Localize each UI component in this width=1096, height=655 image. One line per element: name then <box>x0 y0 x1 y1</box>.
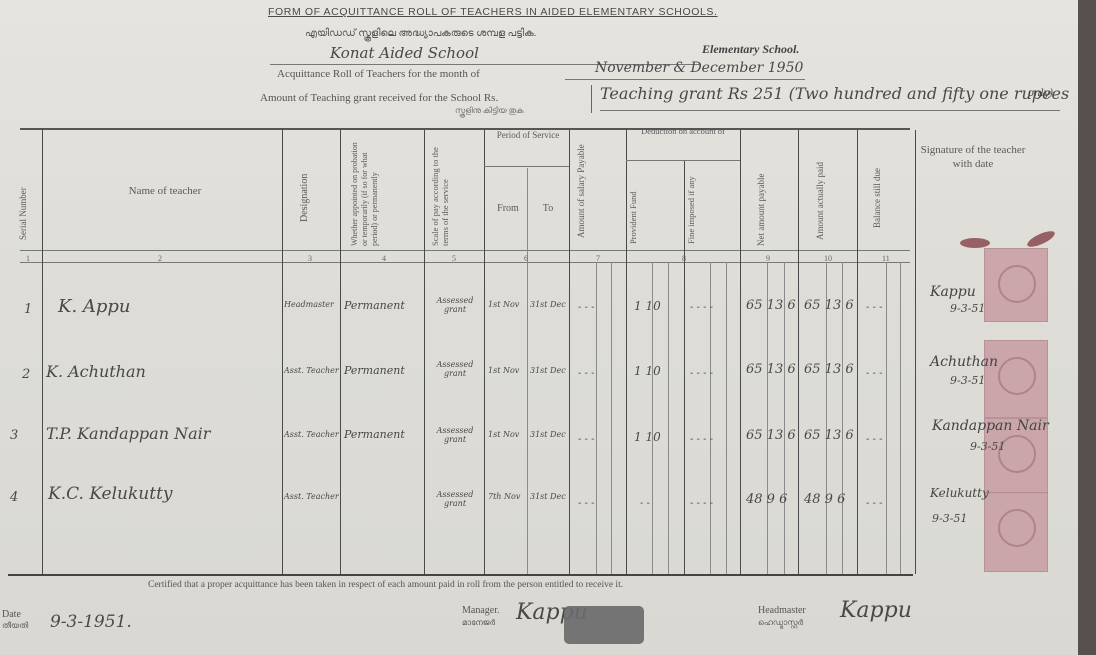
col-line <box>684 160 685 574</box>
row-scale: Assessed grant <box>428 490 482 508</box>
row-designation: Asst. Teacher <box>284 366 339 375</box>
row-sig-date: 9-3-51 <box>950 302 985 315</box>
colnum: 11 <box>882 254 890 263</box>
col-line <box>626 130 627 574</box>
form-title: FORM OF ACQUITTANCE ROLL OF TEACHERS IN … <box>268 6 718 18</box>
col-period-header: Period of Service <box>490 130 566 141</box>
row-from: 1st Nov <box>488 430 519 439</box>
col-net-header: Net amount payable <box>756 174 766 246</box>
grant-divider <box>591 85 592 113</box>
row-name: T.P. Kandappan Nair <box>46 424 210 443</box>
school-name: Konat Aided School <box>330 44 479 62</box>
row-fine: - - - - <box>690 498 713 509</box>
col-appointment-header: Whether appointed on probation or tempor… <box>350 134 380 246</box>
col-from-header: From <box>490 203 526 214</box>
manager-label: Manager. മാനേജർ <box>462 605 500 629</box>
colnum: 3 <box>308 254 312 263</box>
deduction-subdivider <box>626 160 740 161</box>
colnum: 7 <box>596 254 600 263</box>
colnum: 6 <box>524 254 528 263</box>
revenue-stamp <box>984 492 1048 572</box>
row-sig-date: 9-3-51 <box>932 512 967 525</box>
col-line <box>569 130 570 574</box>
colnum: 5 <box>452 254 456 263</box>
col-name-header: Name of teacher <box>110 186 220 197</box>
headmaster-label: Headmaster ഹെഡ്മാസ്റ്റർ <box>758 605 806 629</box>
row-paid: 65 13 6 <box>804 362 854 377</box>
col-line <box>424 130 425 574</box>
row-salary: - - - <box>578 368 595 379</box>
row-to: 31st Dec <box>530 430 566 439</box>
date-label-en: Date <box>2 609 28 620</box>
row-to: 31st Dec <box>530 366 566 375</box>
col-designation-header: Designation <box>300 174 310 222</box>
grant-label-malayalam: സ്കൂളിനു കിട്ടിയ തുക <box>455 106 524 116</box>
col-line <box>42 130 43 574</box>
col-line <box>484 130 485 574</box>
date-label: Date തീയതി <box>2 609 28 631</box>
col-line <box>726 262 727 574</box>
row-from: 7th Nov <box>488 492 520 501</box>
row-name: K.C. Kelukutty <box>48 484 173 504</box>
headmaster-label-mal: ഹെഡ്മാസ്റ്റർ <box>758 617 806 629</box>
col-serial-header: Serial Number <box>18 187 28 240</box>
col-line <box>282 130 283 574</box>
row-scale: Assessed grant <box>428 426 482 444</box>
ink-smudge <box>960 238 990 248</box>
row-from: 1st Nov <box>488 366 519 375</box>
document-page: FORM OF ACQUITTANCE ROLL OF TEACHERS IN … <box>0 0 1081 655</box>
row-serial: 3 <box>10 428 18 443</box>
row-serial: 1 <box>24 302 32 317</box>
row-appointment: Permanent <box>344 428 405 441</box>
col-line <box>915 130 916 574</box>
row-designation: Asst. Teacher <box>284 430 339 439</box>
col-pf-header: Provident Fund <box>628 164 638 244</box>
school-suffix: Elementary School. <box>702 42 799 57</box>
row-from: 1st Nov <box>488 300 519 309</box>
col-salary-header: Amount of salary Payable <box>576 128 586 238</box>
row-fine: - - - - <box>690 302 713 313</box>
col-line <box>857 130 858 574</box>
col-scale-header: Scale of pay according to the terms of t… <box>430 134 450 246</box>
col-balance-header: Balance still due <box>872 168 882 228</box>
col-deduction-header: Deduction on account of <box>630 126 736 137</box>
col-line <box>740 130 741 574</box>
col-fine-header: Fine imposed if any <box>686 164 696 244</box>
row-to: 31st Dec <box>530 492 566 501</box>
row-to: 31st Dec <box>530 300 566 309</box>
table-top-border <box>20 128 910 130</box>
manager-label-en: Manager. <box>462 605 500 617</box>
headmaster-label-en: Headmaster <box>758 605 806 617</box>
colnum-divider <box>20 262 910 263</box>
form-title-malayalam: എയിഡഡ് സ്കൂളിലെ അദ്ധ്യാപകരുടെ ശമ്പള പട്ട… <box>305 28 536 39</box>
revenue-stamp <box>984 248 1048 322</box>
month-label: Acquittance Roll of Teachers for the mon… <box>277 68 480 80</box>
manager-label-mal: മാനേജർ <box>462 617 500 629</box>
row-net: 48 9 6 <box>746 492 787 507</box>
row-net: 65 13 6 <box>746 428 796 443</box>
row-designation: Headmaster <box>284 300 334 309</box>
redaction-box <box>564 606 644 644</box>
col-line <box>900 262 901 574</box>
colnum: 9 <box>766 254 770 263</box>
row-appointment: Permanent <box>344 299 405 312</box>
row-signature: Kandappan Nair <box>932 418 1049 434</box>
row-scale: Assessed grant <box>428 296 482 314</box>
col-line <box>798 130 799 574</box>
row-balance: - - - <box>866 302 883 313</box>
row-signature: Kappu <box>930 284 976 300</box>
row-serial: 2 <box>22 367 30 382</box>
row-pf: 1 10 <box>634 364 661 378</box>
col-signature-header: Signature of the teacher with date <box>918 143 1028 171</box>
header-divider <box>20 250 910 251</box>
row-balance: - - - <box>866 498 883 509</box>
row-pf: 1 10 <box>634 430 661 444</box>
ink-smudge <box>1025 228 1056 250</box>
row-name: K. Achuthan <box>46 362 146 381</box>
col-line <box>340 130 341 574</box>
colnum: 4 <box>382 254 386 263</box>
row-salary: - - - <box>578 498 595 509</box>
col-to-header: To <box>530 203 566 214</box>
row-paid: 65 13 6 <box>804 298 854 313</box>
row-pf: - - <box>640 498 650 509</box>
row-scale: Assessed grant <box>428 360 482 378</box>
grant-label: Amount of Teaching grant received for th… <box>260 92 498 104</box>
date-label-mal: തീയതി <box>2 620 28 631</box>
row-sig-date: 9-3-51 <box>970 440 1005 453</box>
col-line <box>527 168 528 574</box>
month-value: November & December 1950 <box>595 60 803 76</box>
row-balance: - - - <box>866 368 883 379</box>
background-edge <box>1078 0 1096 655</box>
row-name: K. Appu <box>58 296 131 317</box>
row-pf: 1 10 <box>634 299 661 313</box>
col-paid-header: Amount actually paid <box>815 162 825 240</box>
row-net: 65 13 6 <box>746 298 796 313</box>
row-appointment: Permanent <box>344 364 405 377</box>
grant-line <box>600 110 1060 111</box>
colnum: 1 <box>26 254 30 263</box>
row-sig-date: 9-3-51 <box>950 374 985 387</box>
period-subdivider <box>484 166 569 167</box>
row-paid: 65 13 6 <box>804 428 854 443</box>
col-line <box>668 262 669 574</box>
col-line <box>611 262 612 574</box>
colnum: 2 <box>158 254 162 263</box>
row-signature: Achuthan <box>930 354 998 370</box>
headmaster-signature: Kappu <box>840 598 912 623</box>
colnum: 10 <box>824 254 832 263</box>
month-line <box>565 79 805 80</box>
row-salary: - - - <box>578 302 595 313</box>
row-designation: Asst. Teacher <box>284 492 339 501</box>
grant-value: Teaching grant Rs 251 (Two hundred and f… <box>600 84 1069 103</box>
colnum: 8 <box>682 254 686 263</box>
col-line <box>596 262 597 574</box>
row-signature: Kelukutty <box>930 486 989 500</box>
row-net: 65 13 6 <box>746 362 796 377</box>
row-fine: - - - - <box>690 434 713 445</box>
table-bottom-border <box>8 574 913 576</box>
certification-text: Certified that a proper acquittance has … <box>148 580 623 590</box>
col-line <box>886 262 887 574</box>
date-value: 9-3-1951. <box>50 612 132 632</box>
row-balance: - - - <box>866 434 883 445</box>
row-serial: 4 <box>10 490 18 505</box>
row-paid: 48 9 6 <box>804 492 845 507</box>
grant-value-cont: only) <box>1028 88 1053 99</box>
revenue-stamp <box>984 340 1048 418</box>
row-fine: - - - - <box>690 368 713 379</box>
row-salary: - - - <box>578 434 595 445</box>
